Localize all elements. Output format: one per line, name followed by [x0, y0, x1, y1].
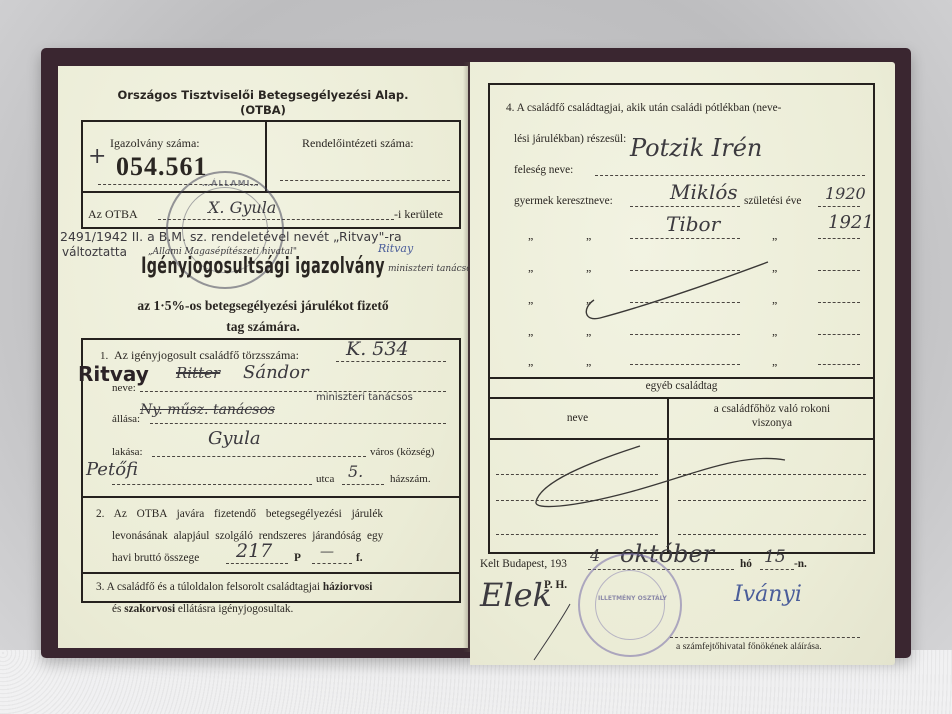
other-member-title: egyéb családtag [488, 380, 875, 392]
child-row-line [630, 364, 740, 365]
first-name-handwritten: Sándor [243, 362, 309, 383]
issued-day-handwritten: 15 [764, 547, 786, 567]
city-line [152, 456, 366, 457]
rank-line [150, 423, 446, 424]
amount-line [226, 563, 288, 564]
ditto-mark: „ [528, 324, 533, 339]
street-label: utca [316, 473, 334, 485]
section-2-line-3: havi bruttó összege [112, 552, 199, 564]
ditto-mark: „ [528, 292, 533, 307]
signature-line [670, 637, 860, 638]
child-row-line [630, 238, 740, 239]
cancellation-stroke [580, 258, 780, 328]
month-label: hó [740, 558, 752, 570]
cross-mark: + [88, 144, 106, 169]
section-3-and: és [112, 603, 121, 615]
amount-handwritten: 217 [236, 540, 272, 562]
other-title-divider [488, 397, 875, 399]
head-registry-value: K. 534 [346, 338, 409, 360]
rank-struck: Ny. műsz. tanácsos [140, 402, 275, 418]
ditto-mark: „ [772, 228, 777, 243]
section-2-line-1: 2. Az OTBA javára fizetendő betegsegélye… [96, 508, 383, 520]
child-row-line [630, 334, 740, 335]
id-box-divider [265, 120, 267, 192]
issued-place-label: Kelt Budapest, 193 [480, 558, 567, 570]
child-1-name: Miklós [670, 180, 738, 204]
specialist-emphasis: szakorvosi [124, 603, 175, 615]
year-row-line [818, 364, 860, 365]
other-cancellation-stroke [530, 442, 790, 512]
central-office-stamp: ILLETMÉNY OSZTÁLY [578, 553, 682, 657]
currency-pengo: P [294, 552, 301, 564]
section-2-divider [81, 572, 461, 574]
house-number-line [342, 484, 384, 485]
birth-year-label: születési éve [744, 195, 801, 207]
street-handwritten: Petőfi [86, 459, 138, 480]
signature-caption: a számfejtőhivatal főnökének aláírása. [676, 642, 822, 652]
child-name-label: gyermek keresztneve: [514, 195, 613, 207]
clinic-number-line [280, 180, 450, 181]
name-struck: Ritter [176, 364, 220, 382]
fund-abbreviation: (OTBA) [58, 103, 468, 117]
ditto-mark: „ [528, 354, 533, 369]
ditto-mark: „ [528, 228, 533, 243]
rank-new: miniszteri tanácsos [316, 392, 413, 403]
district-suffix: -i kerülete [394, 207, 443, 222]
street-line [112, 484, 312, 485]
wife-name-line [595, 175, 865, 176]
ditto-mark: „ [586, 354, 591, 369]
other-relation-line [678, 534, 866, 535]
document-subtitle-1: az 1·5%-os betegsegélyezési járulékot fi… [58, 298, 468, 314]
child-1-line [630, 206, 740, 207]
year-row-line [818, 270, 860, 271]
id-number-value: 054.561 [116, 152, 208, 182]
section-1-number: 1. [100, 350, 108, 362]
city-handwritten: Gyula [208, 428, 261, 449]
section-3-line-2: és szakorvosi ellátásra igényjogosultak. [112, 603, 293, 615]
currency-filler: f. [356, 552, 363, 564]
issued-day-line [760, 569, 794, 570]
other-name-line [496, 534, 658, 535]
ditto-mark: „ [586, 228, 591, 243]
right-signature: Iványi [734, 582, 802, 607]
filler-line [312, 563, 352, 564]
rank-label: állása: [112, 413, 140, 425]
section-3-suffix: ellátásra igényjogosultak. [178, 603, 293, 615]
clinic-number-label: Rendelőintézeti száma: [302, 136, 414, 151]
child-1-year: 1920 [825, 184, 866, 203]
child-2-year: 1921 [828, 212, 874, 233]
house-number-label: házszám. [390, 473, 431, 485]
gp-emphasis: háziorvosi [323, 581, 373, 593]
section-3-text: 3. A családfő és a túloldalon felsorolt … [96, 581, 320, 593]
district-prefix: Az OTBA [88, 207, 138, 222]
ditto-mark: „ [528, 260, 533, 275]
ditto-mark: „ [772, 354, 777, 369]
year-row-line [818, 302, 860, 303]
year-row-line [818, 334, 860, 335]
name-change-annotation-1: 2491/1942 II. a B.M. sz. rendeletével ne… [60, 229, 402, 244]
fund-name-header: Országos Tisztviselői Betegsegélyezési A… [58, 88, 468, 102]
left-page: Országos Tisztviselői Betegsegélyezési A… [58, 66, 468, 648]
residence-label: lakása: [112, 446, 143, 458]
other-header-divider [488, 438, 875, 440]
wife-name-label: feleség neve: [514, 164, 573, 176]
day-suffix: -n. [794, 558, 807, 570]
section-1-divider [81, 496, 461, 498]
year-row-line [818, 238, 860, 239]
section-3-line-1: 3. A családfő és a túloldalon felsorolt … [96, 581, 372, 593]
name-label: neve: [112, 382, 136, 394]
other-relation-header-1: a családfőhöz való rokoni [669, 403, 875, 415]
child-2-name: Tibor [666, 212, 720, 236]
child-1-year-line [818, 206, 860, 207]
head-registry-line [336, 361, 446, 362]
other-name-header: neve [488, 412, 667, 424]
city-label: város (község) [370, 446, 434, 458]
document-title: Igényjogosultsági igazolvány [115, 254, 410, 279]
other-relation-header-2: viszonya [669, 417, 875, 429]
house-number-handwritten: 5. [348, 462, 363, 481]
section-4-intro-2: lési járulékban) részesül: [514, 133, 626, 145]
section-4-intro-1: 4. A családfő családtagjai, akik után cs… [506, 102, 781, 114]
document-subtitle-2: tag számára. [58, 319, 468, 335]
wife-name-handwritten: Potzik Irén [630, 134, 762, 162]
right-page: 4. A családfő családtagjai, akik után cs… [470, 62, 895, 665]
filler-handwritten: — [320, 544, 334, 560]
head-registry-label: Az igényjogosult családfő törzsszáma: [114, 348, 299, 363]
id-number-label: Igazolvány száma: [110, 136, 200, 151]
children-divider [488, 377, 875, 379]
